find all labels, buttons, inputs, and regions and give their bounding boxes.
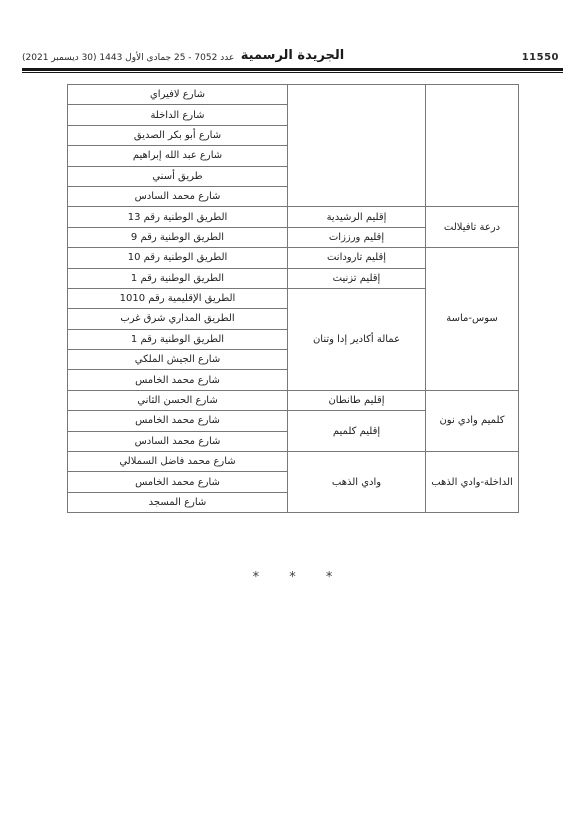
street-cell: الطريق الوطنية رقم 1: [68, 329, 288, 349]
street-cell: شارع المسجد: [68, 492, 288, 512]
asterisk: *: [326, 570, 333, 585]
region-cell: كلميم وادي نون: [426, 390, 519, 451]
street-cell: شارع الداخلة: [68, 105, 288, 125]
region-cell: درعة تافيلالت: [426, 207, 519, 248]
street-cell: الطريق الوطنية رقم 9: [68, 227, 288, 247]
province-cell-empty: [288, 85, 426, 207]
table-row: الداخلة-وادي الذهب وادي الذهب شارع محمد …: [68, 452, 519, 472]
street-cell: شارع محمد الخامس: [68, 370, 288, 390]
street-cell: شارع الجيش الملكي: [68, 350, 288, 370]
province-cell: إقليم ورززات: [288, 227, 426, 247]
street-cell: شارع محمد السادس: [68, 431, 288, 451]
rule-thin-line: [22, 72, 563, 73]
region-cell: سوس-ماسة: [426, 248, 519, 391]
province-cell: إقليم طانطان: [288, 390, 426, 410]
province-cell: إقليم تزنيت: [288, 268, 426, 288]
table-row: كلميم وادي نون إقليم طانطان شارع الحسن ا…: [68, 390, 519, 410]
street-cell: طريق أسني: [68, 166, 288, 186]
gazette-page: عدد 7052 - 25 جمادى الأول 1443 (30 ديسمب…: [0, 0, 585, 827]
street-cell: الطريق المداري شرق غرب: [68, 309, 288, 329]
street-cell: شارع الحسن الثاني: [68, 390, 288, 410]
province-cell: إقليم الرشيدية: [288, 207, 426, 227]
street-cell: شارع أبو بكر الصديق: [68, 125, 288, 145]
table-row: درعة تافيلالت إقليم الرشيدية الطريق الوط…: [68, 207, 519, 227]
page-header: عدد 7052 - 25 جمادى الأول 1443 (30 ديسمب…: [22, 0, 563, 68]
street-cell: الطريق الإقليمية رقم 1010: [68, 288, 288, 308]
province-cell: وادي الذهب: [288, 452, 426, 513]
street-cell: شارع محمد فاضل السملالي: [68, 452, 288, 472]
streets-regions-table: شارع لافيراي شارع الداخلة شارع أبو بكر ا…: [67, 84, 519, 513]
street-cell: الطريق الوطنية رقم 13: [68, 207, 288, 227]
rule-thick-line: [22, 68, 563, 71]
province-cell: عمالة أكادير إدا وتنان: [288, 288, 426, 390]
province-cell: إقليم تارودانت: [288, 248, 426, 268]
street-cell: الطريق الوطنية رقم 10: [68, 248, 288, 268]
street-cell: شارع محمد السادس: [68, 186, 288, 206]
province-cell: إقليم كلميم: [288, 411, 426, 452]
section-end-asterisks: * * *: [67, 570, 518, 585]
street-cell: شارع عبد الله إبراهيم: [68, 146, 288, 166]
table-row: سوس-ماسة إقليم تارودانت الطريق الوطنية ر…: [68, 248, 519, 268]
street-cell: شارع محمد الخامس: [68, 472, 288, 492]
street-cell: شارع لافيراي: [68, 85, 288, 105]
asterisk: *: [253, 570, 260, 585]
asterisk: *: [289, 570, 296, 585]
table-row: شارع لافيراي: [68, 85, 519, 105]
region-cell: الداخلة-وادي الذهب: [426, 452, 519, 513]
region-cell-empty: [426, 85, 519, 207]
street-cell: الطريق الوطنية رقم 1: [68, 268, 288, 288]
gazette-title: الجريدة الرسمية: [22, 48, 563, 63]
header-double-rule: [22, 68, 563, 73]
page-number: 11550: [522, 52, 559, 63]
street-cell: شارع محمد الخامس: [68, 411, 288, 431]
